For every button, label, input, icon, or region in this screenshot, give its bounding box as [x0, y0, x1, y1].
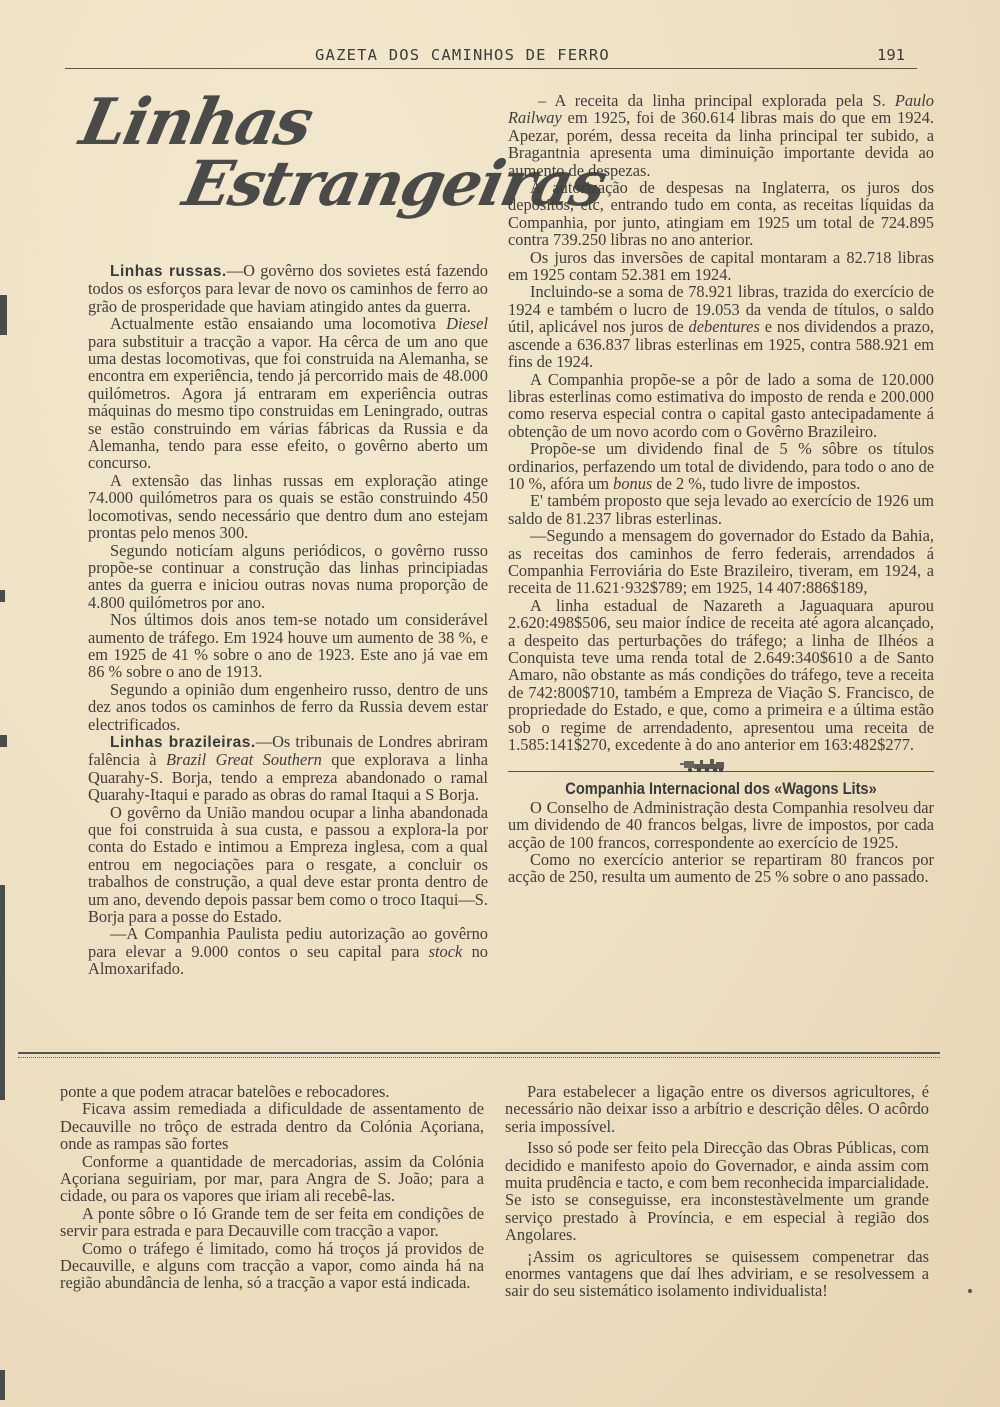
- article-column-1: Linhas russas.—O govêrno dos sovietes es…: [88, 262, 488, 978]
- publication-title: GAZETA DOS CAMINHOS DE FERRO: [315, 46, 610, 64]
- running-header: GAZETA DOS CAMINHOS DE FERRO 191: [65, 42, 917, 69]
- locomotive-icon: [680, 759, 726, 773]
- binding-mark: [0, 735, 7, 747]
- paragraph: Actualmente estão ensaiando uma locomoti…: [88, 315, 488, 472]
- ink-speck: [968, 1289, 972, 1293]
- paragraph: ¡Assim os agricultores se quisessem comp…: [505, 1248, 929, 1300]
- article-column-2: – A receita da linha principal explorada…: [508, 92, 934, 886]
- paragraph: Propõe-se um dividendo final de 5 % sôbr…: [508, 440, 934, 492]
- paragraph: A extensão das linhas russas em exploraç…: [88, 472, 488, 542]
- page-number: 191: [877, 46, 905, 64]
- paragraph: —A Companhia Paulista pediu autorização …: [88, 925, 488, 977]
- binding-mark: [0, 1370, 5, 1400]
- paragraph: Linhas russas.—O govêrno dos sovietes es…: [88, 262, 488, 315]
- paragraph: Nos últimos dois anos tem-se notado um c…: [88, 611, 488, 681]
- paragraph: Segundo a opinião dum engenheiro russo, …: [88, 681, 488, 733]
- section-heading: Companhia Internacional dos «Wagons Lits…: [538, 780, 904, 797]
- section-masthead: Linhas Estrangeiras: [70, 85, 490, 255]
- paragraph: Como o tráfego é limitado, como há troço…: [60, 1240, 484, 1292]
- paragraph: A Companhia propõe-se a pôr de lado a so…: [508, 371, 934, 441]
- paragraph: A linha estadual de Nazareth a Jaguaquar…: [508, 597, 934, 754]
- paragraph: – A receita da linha principal explorada…: [508, 92, 934, 179]
- article-column-3: ponte a que podem atracar batelões e reb…: [60, 1083, 484, 1292]
- paragraph: Como no exercício anterior se repartiram…: [508, 851, 934, 886]
- paragraph: A ponte sôbre o Ió Grande tem de ser fei…: [60, 1205, 484, 1240]
- paragraph: O govêrno da União mandou ocupar a linha…: [88, 804, 488, 926]
- paragraph: A autorização de despesas na Inglaterra,…: [508, 179, 934, 249]
- binding-mark: [0, 590, 5, 602]
- paragraph: —Segundo a mensagem do governador do Est…: [508, 527, 934, 597]
- paragraph: Incluindo-se a soma de 78.921 libras, tr…: [508, 283, 934, 370]
- paragraph: Conforme a quantidade de mercadorias, as…: [60, 1153, 484, 1205]
- run-in-heading: Linhas russas.: [110, 263, 227, 280]
- binding-mark: [0, 295, 7, 335]
- article-column-4: Para estabelecer a ligação entre os dive…: [505, 1083, 929, 1300]
- paragraph: Segundo noticíam alguns periódicos, o go…: [88, 542, 488, 612]
- locomotive-divider: [508, 759, 934, 777]
- paragraph: E' também proposto que seja levado ao ex…: [508, 492, 934, 527]
- section-separator-rule: [18, 1052, 940, 1060]
- paragraph: Para estabelecer a ligação entre os dive…: [505, 1083, 929, 1135]
- paragraph: O Conselho de Administração desta Compan…: [508, 799, 934, 851]
- paragraph: ponte a que podem atracar batelões e reb…: [60, 1083, 484, 1100]
- binding-mark: [0, 885, 5, 1100]
- paragraph: Os juros das inversões de capital montar…: [508, 249, 934, 284]
- paragraph: Isso só pode ser feito pela Direcção das…: [505, 1139, 929, 1243]
- paragraph: Ficava assim remediada a dificuldade de …: [60, 1100, 484, 1152]
- run-in-heading: Linhas brazileiras.: [110, 734, 256, 751]
- paragraph: Linhas brazileiras.—Os tribunais de Lond…: [88, 733, 488, 804]
